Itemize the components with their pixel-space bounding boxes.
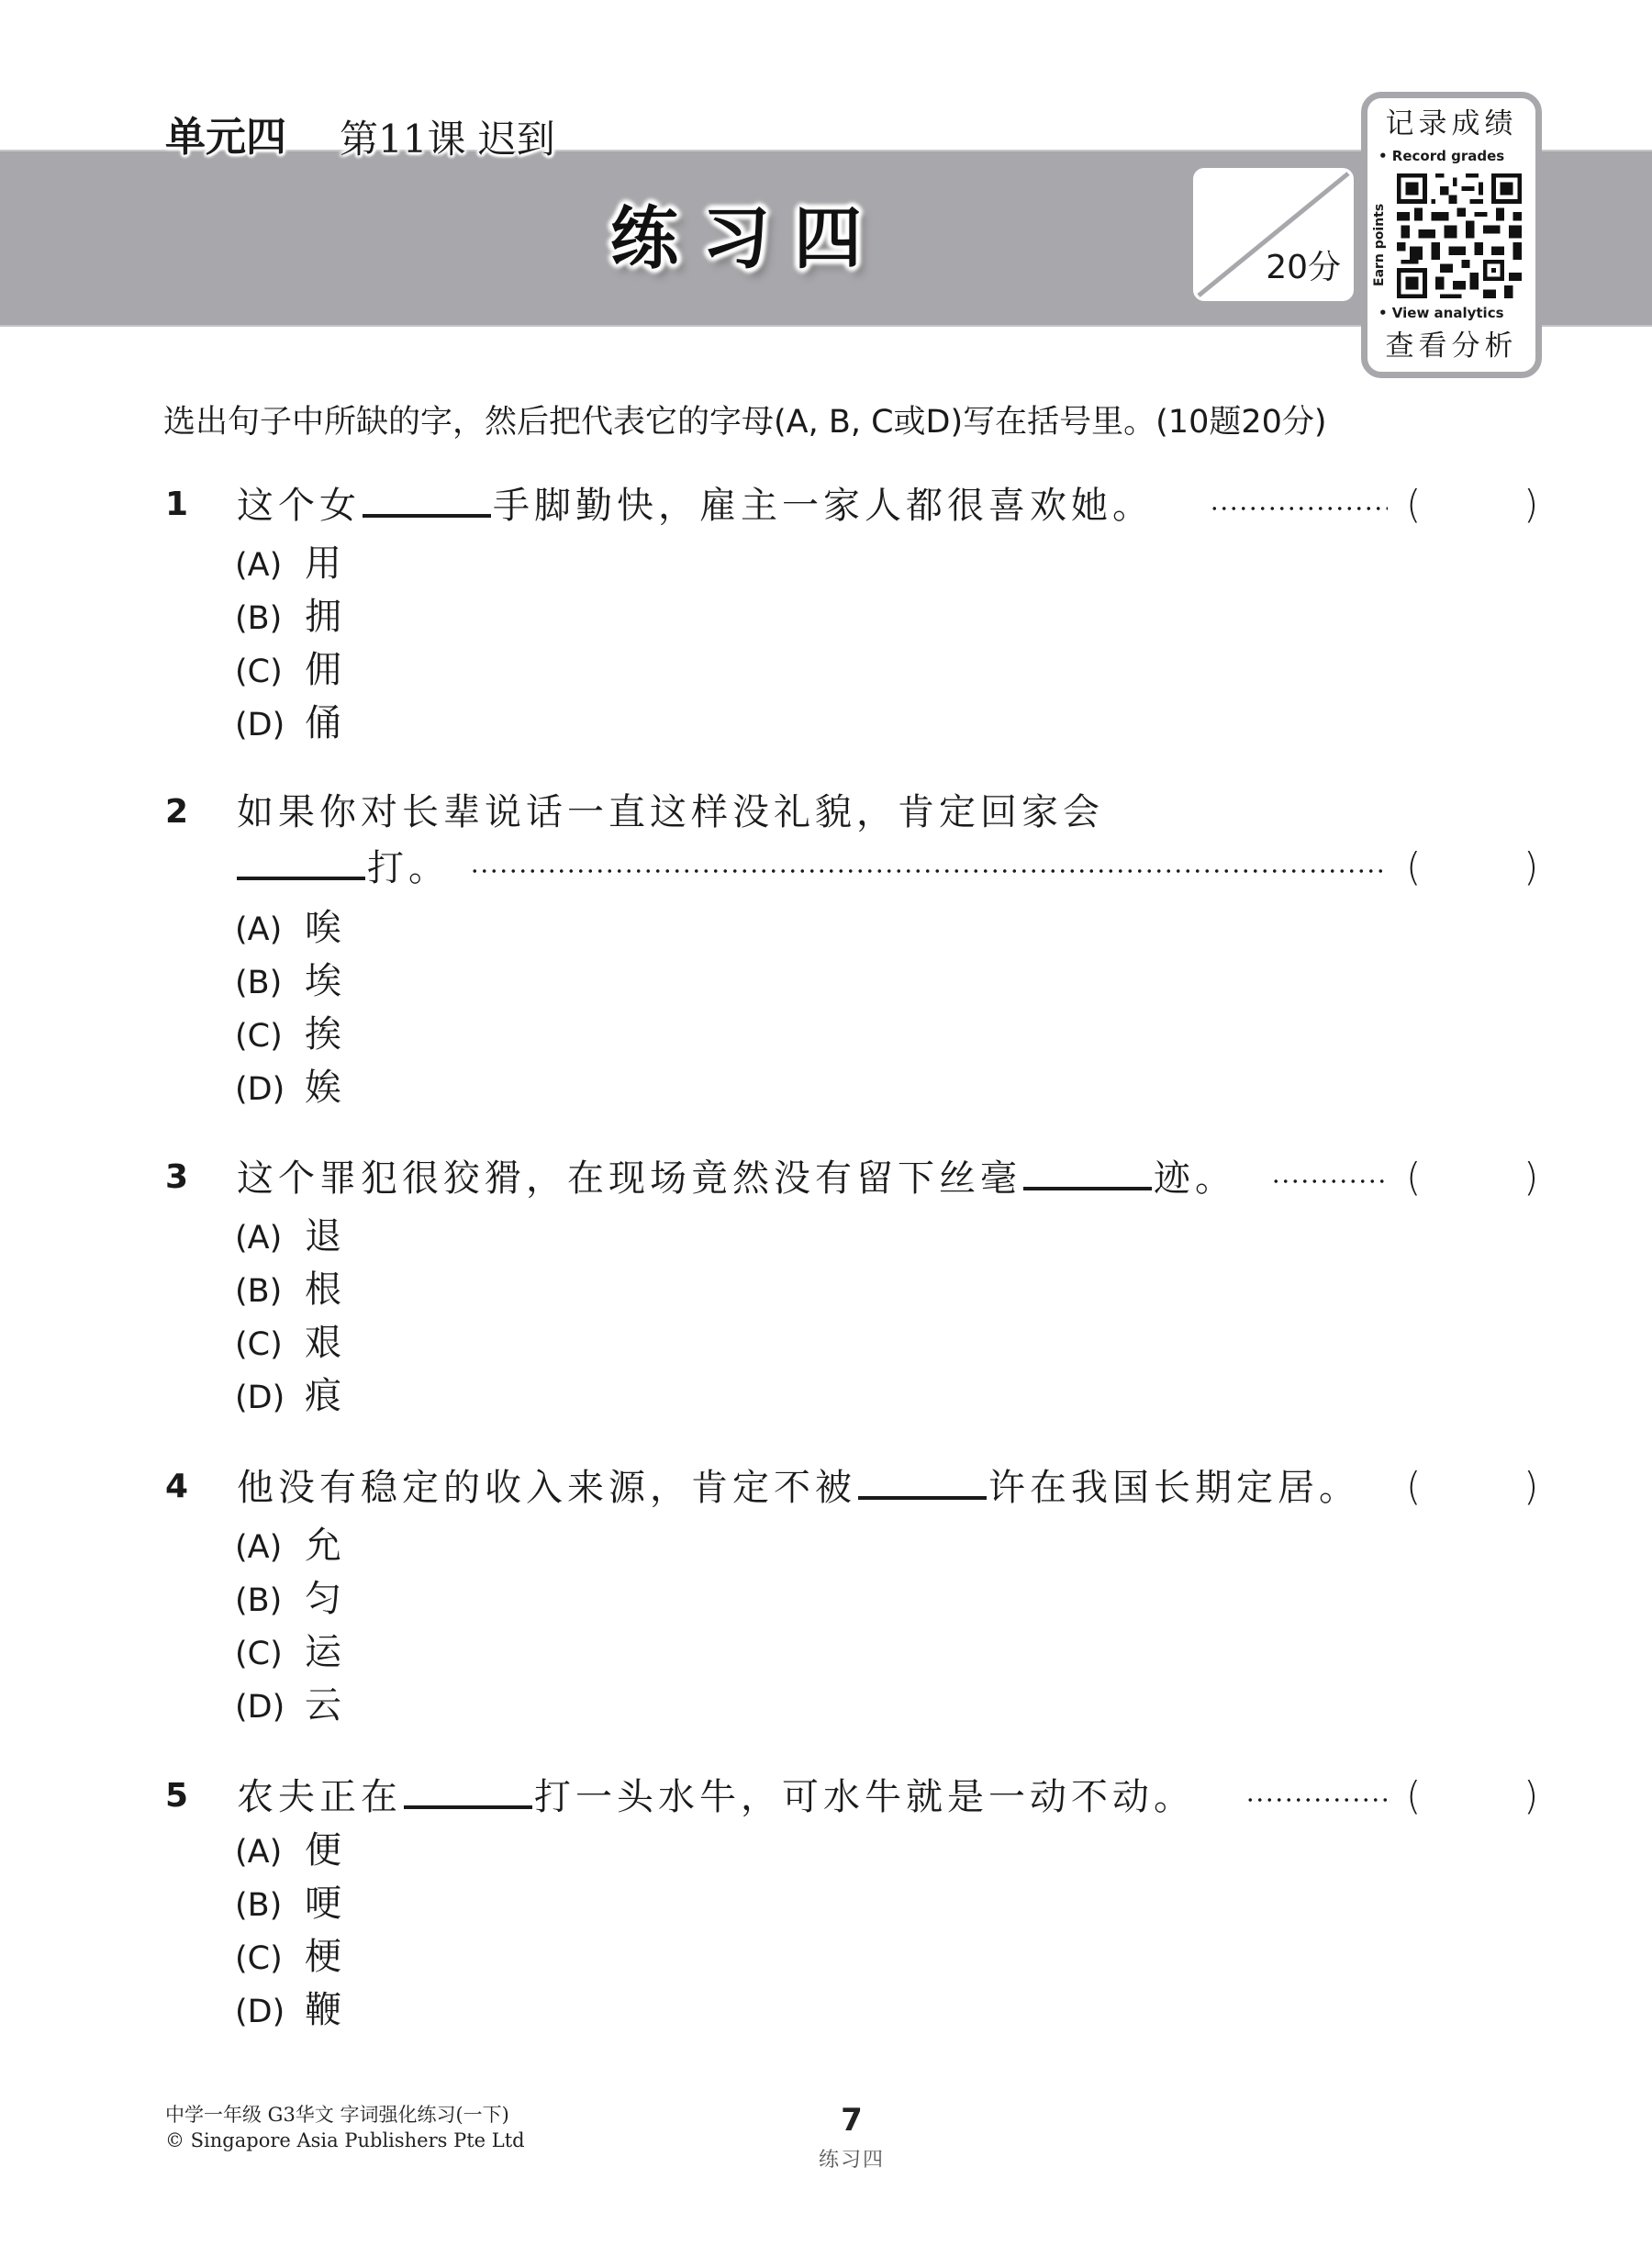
option-char: 根 [305, 1268, 341, 1311]
option-b[interactable]: (B)拥 [235, 590, 341, 643]
qr-card[interactable]: 记录成绩 • Record grades Earn points • View … [1361, 92, 1542, 378]
option-c[interactable]: (C)挨 [235, 1008, 341, 1061]
option-char: 运 [305, 1631, 341, 1673]
question-text-after: 许在我国长期定居。 [988, 1467, 1360, 1509]
option-char: 退 [305, 1215, 341, 1257]
option-b[interactable]: (B)根 [235, 1263, 341, 1316]
option-label: (A) [235, 1826, 305, 1879]
answer-bracket-close: ) [1524, 477, 1538, 532]
earn-points-text: Earn points [1372, 204, 1387, 286]
option-label: (C) [235, 1318, 305, 1371]
question-text: 这个女手脚勤快，雇主一家人都很喜欢她。 [237, 477, 1154, 533]
question-number: 1 [165, 477, 188, 532]
option-c[interactable]: (C)梗 [235, 1930, 341, 1983]
option-d[interactable]: (D)娭 [235, 1061, 341, 1114]
option-char: 梗 [305, 1936, 341, 1978]
question-number: 3 [165, 1150, 188, 1205]
option-char: 匀 [305, 1578, 341, 1620]
question-text-before: 这个罪犯很狡猾，在现场竟然没有留下丝毫 [237, 1157, 1021, 1200]
option-char: 云 [305, 1684, 341, 1726]
option-a[interactable]: (A)唉 [235, 901, 341, 955]
option-label: (B) [235, 1574, 305, 1627]
option-label: (C) [235, 1627, 305, 1681]
option-char: 唉 [305, 907, 341, 949]
option-char: 哽 [305, 1883, 341, 1925]
answer-bracket-open[interactable]: ( [1406, 840, 1421, 895]
answer-blank [237, 840, 365, 880]
option-a[interactable]: (A)退 [235, 1210, 341, 1263]
option-label: (D) [235, 1371, 305, 1425]
question-text-after: 迹。 [1154, 1157, 1236, 1200]
leader-dots [470, 840, 1388, 895]
question-number: 2 [165, 785, 188, 840]
option-label: (C) [235, 645, 305, 698]
option-char: 佣 [305, 649, 341, 691]
option-d[interactable]: (D)鞭 [235, 1983, 341, 2037]
question-text-after: 打。 [367, 847, 450, 889]
question-text: 农夫正在打一头水牛，可水牛就是一动不动。 [237, 1769, 1195, 1825]
answer-blank [404, 1769, 532, 1809]
page-section-label: 练习四 [806, 2144, 898, 2173]
option-char: 埃 [305, 960, 341, 1002]
option-label: (A) [235, 1212, 305, 1265]
option-b[interactable]: (B)匀 [235, 1572, 341, 1626]
option-c[interactable]: (C)运 [235, 1626, 341, 1679]
answer-bracket-close: ) [1524, 1769, 1538, 1824]
record-grades-label: 记录成绩 [1367, 106, 1535, 142]
score-box: 20分 [1193, 168, 1354, 301]
option-label: (C) [235, 1932, 305, 1985]
total-score: 20分 [1266, 241, 1341, 288]
footer-book-info: 中学一年级 G3华文 字词强化练习(一下) © Singapore Asia P… [165, 2102, 525, 2153]
option-a[interactable]: (A)用 [235, 537, 341, 590]
question-text-line2: 打。 [237, 840, 450, 896]
answer-bracket-close: ) [1524, 840, 1538, 895]
option-d[interactable]: (D)痕 [235, 1369, 341, 1423]
question-text-line1: 如果你对长辈说话一直这样没礼貌，肯定回家会 [237, 785, 1104, 840]
option-char: 允 [305, 1525, 341, 1567]
answer-bracket-close: ) [1524, 1150, 1538, 1205]
option-label: (D) [235, 698, 305, 752]
question-text-after: 打一头水牛，可水牛就是一动不动。 [534, 1776, 1195, 1818]
question-text: 这个罪犯很狡猾，在现场竟然没有留下丝毫迹。 [237, 1150, 1236, 1206]
question-text-after: 手脚勤快，雇主一家人都很喜欢她。 [493, 485, 1154, 527]
option-a[interactable]: (A)便 [235, 1824, 341, 1877]
option-c[interactable]: (C)艰 [235, 1316, 341, 1369]
answer-blank [1023, 1150, 1152, 1190]
unit-label: 单元四 [165, 110, 286, 165]
option-label: (B) [235, 956, 305, 1010]
lesson-label: 第11课 迟到 [340, 112, 555, 167]
question-text: 他没有稳定的收入来源，肯定不被许在我国长期定居。 [237, 1459, 1360, 1515]
option-label: (D) [235, 1681, 305, 1734]
page-title: 练习四 [610, 197, 886, 280]
option-char: 艰 [305, 1322, 341, 1364]
question-number: 4 [165, 1459, 188, 1514]
answer-blank [363, 477, 491, 518]
option-char: 鞭 [305, 1989, 341, 2031]
option-label: (A) [235, 539, 305, 592]
answer-bracket-open[interactable]: ( [1406, 1150, 1421, 1205]
question-text-before: 农夫正在 [237, 1776, 402, 1818]
instructions: 选出句子中所缺的字，然后把代表它的字母(A, B, C或D)写在括号里。(10题… [163, 400, 1327, 444]
option-label: (B) [235, 1879, 305, 1932]
record-grades-text: • Record grades [1379, 148, 1535, 164]
view-analytics-text: • View analytics [1379, 305, 1535, 321]
option-char: 痕 [305, 1375, 341, 1417]
question-number: 5 [165, 1769, 188, 1824]
view-analytics-label: 查看分析 [1367, 328, 1535, 364]
option-char: 用 [305, 542, 341, 585]
book-title: 中学一年级 G3华文 字词强化练习(一下) [165, 2102, 525, 2128]
option-label: (B) [235, 592, 305, 645]
option-label: (A) [235, 1521, 305, 1574]
option-char: 拥 [305, 596, 341, 638]
option-label: (D) [235, 1063, 305, 1116]
answer-bracket-open[interactable]: ( [1406, 477, 1421, 532]
option-a[interactable]: (A)允 [235, 1519, 341, 1572]
option-char: 俑 [305, 702, 341, 744]
qr-code-icon[interactable] [1397, 170, 1522, 302]
option-d[interactable]: (D)俑 [235, 697, 341, 750]
leader-dots [1245, 1769, 1388, 1824]
question-text-before: 他没有稳定的收入来源，肯定不被 [237, 1467, 856, 1509]
option-label: (B) [235, 1265, 305, 1318]
answer-blank [858, 1459, 987, 1500]
option-char: 便 [305, 1829, 341, 1872]
option-char: 娭 [305, 1067, 341, 1109]
answer-bracket-close: ) [1524, 1459, 1538, 1514]
option-label: (C) [235, 1010, 305, 1063]
option-d[interactable]: (D)云 [235, 1679, 341, 1732]
question-text-before: 这个女 [237, 485, 361, 527]
option-label: (D) [235, 1985, 305, 2039]
option-char: 挨 [305, 1013, 341, 1056]
option-b[interactable]: (B)哽 [235, 1877, 341, 1930]
option-c[interactable]: (C)佣 [235, 643, 341, 697]
answer-bracket-open[interactable]: ( [1406, 1459, 1421, 1514]
leader-dots [1271, 1150, 1388, 1205]
option-label: (A) [235, 903, 305, 956]
page-number: 7 [826, 2102, 877, 2139]
copyright: © Singapore Asia Publishers Pte Ltd [165, 2128, 525, 2153]
leader-dots [1210, 477, 1388, 532]
option-b[interactable]: (B)埃 [235, 955, 341, 1008]
answer-bracket-open[interactable]: ( [1406, 1769, 1421, 1824]
